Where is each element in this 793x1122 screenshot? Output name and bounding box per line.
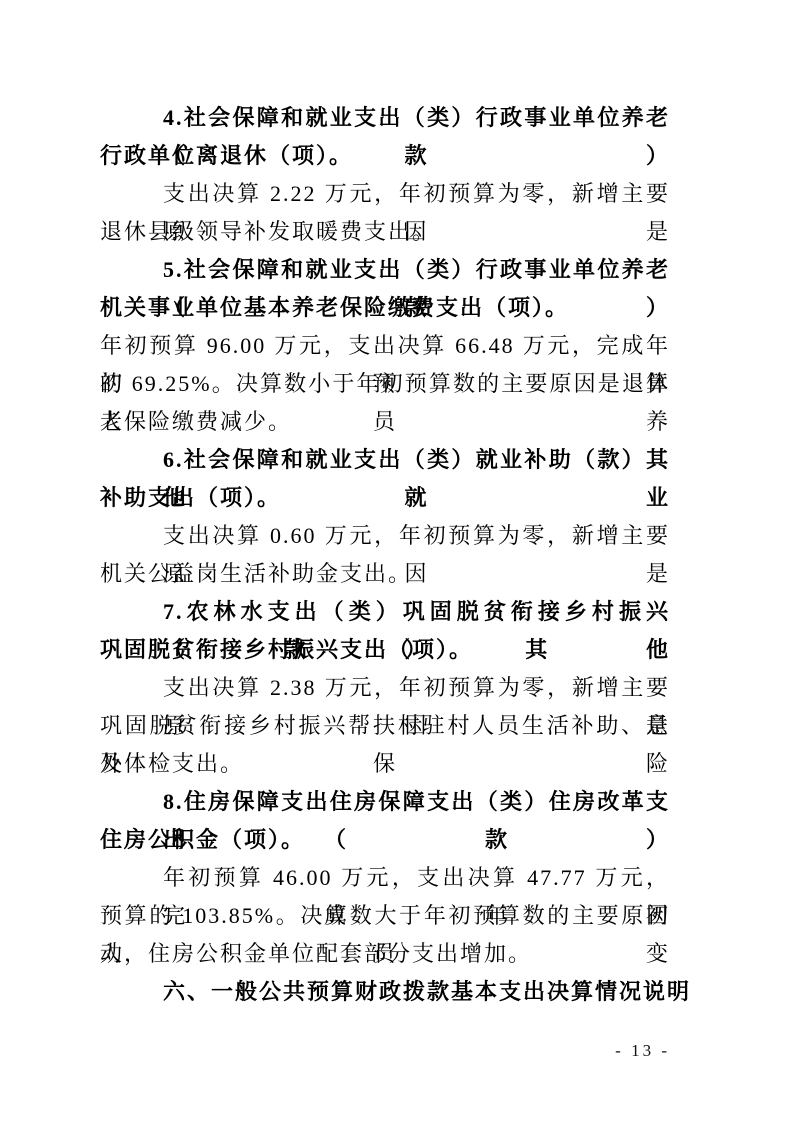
section-6-body-line-1: 支出决算 0.60 万元，年初预算为零，新增主要原因是 bbox=[100, 517, 670, 555]
section-8-heading-line-1: 8.住房保障支出住房保障支出（类）住房改革支出（款） bbox=[100, 783, 670, 821]
section-8: 8.住房保障支出住房保障支出（类）住房改革支出（款） 住房公积金（项）。 年初预… bbox=[100, 783, 670, 973]
section-5: 5.社会保障和就业支出（类）行政事业单位养老（款） 机关事业单位基本养老保险缴费… bbox=[100, 251, 670, 441]
section-7-body-line-2: 巩固脱贫衔接乡村振兴帮扶村驻村人员生活补助、意外保险 bbox=[100, 707, 670, 745]
section-4-heading-line-1: 4.社会保障和就业支出（类）行政事业单位养老（款） bbox=[100, 99, 670, 137]
section-8-body-line-2: 预算的 103.85%。决算数大于年初预算数的主要原因人员变 bbox=[100, 897, 670, 935]
section-7-body-line-1: 支出决算 2.38 万元，年初预算为零，新增主要原因是 bbox=[100, 669, 670, 707]
document-content: 4.社会保障和就业支出（类）行政事业单位养老（款） 行政单位离退休（项）。 支出… bbox=[100, 99, 670, 1011]
section-5-body-line-1: 年初预算 96.00 万元，支出决算 66.48 万元，完成年初预算 bbox=[100, 327, 670, 365]
section-7: 7.农林水支出（类）巩固脱贫衔接乡村振兴（款）其他 巩固脱贫衔接乡村振兴支出（项… bbox=[100, 593, 670, 783]
section-4-body-line-1: 支出决算 2.22 万元，年初预算为零，新增主要原因是 bbox=[100, 175, 670, 213]
document-page: 4.社会保障和就业支出（类）行政事业单位养老（款） 行政单位离退休（项）。 支出… bbox=[0, 0, 793, 1122]
closing-section-heading: 六、一般公共预算财政拨款基本支出决算情况说明 bbox=[100, 973, 670, 1011]
section-4: 4.社会保障和就业支出（类）行政事业单位养老（款） 行政单位离退休（项）。 支出… bbox=[100, 99, 670, 251]
section-6-heading-line-1: 6.社会保障和就业支出（类）就业补助（款）其他就业 bbox=[100, 441, 670, 479]
page-number: - 13 - bbox=[615, 1040, 670, 1062]
section-7-heading-line-1: 7.农林水支出（类）巩固脱贫衔接乡村振兴（款）其他 bbox=[100, 593, 670, 631]
section-6: 6.社会保障和就业支出（类）就业补助（款）其他就业 补助支出（项）。 支出决算 … bbox=[100, 441, 670, 593]
section-8-body-line-1: 年初预算 46.00 万元，支出决算 47.77 万元，完成年初 bbox=[100, 859, 670, 897]
section-5-heading-line-1: 5.社会保障和就业支出（类）行政事业单位养老（款） bbox=[100, 251, 670, 289]
section-5-body-line-2: 的 69.25%。决算数小于年初预算数的主要原因是退休人员养 bbox=[100, 365, 670, 403]
